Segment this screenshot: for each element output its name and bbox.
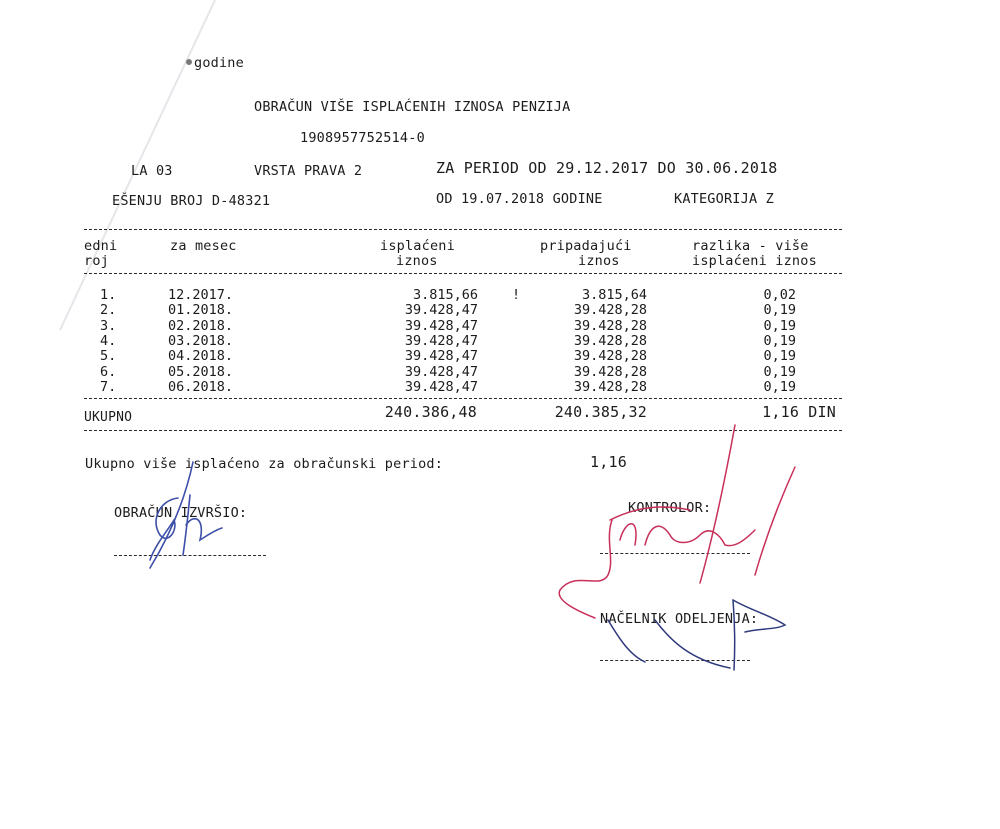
- row-difference: 0,19: [700, 380, 796, 395]
- summary-value: 1,16: [590, 454, 627, 470]
- row-paid-amount: 39.428,47: [330, 349, 478, 364]
- row-number: 4.: [100, 334, 122, 349]
- calculated-by-label: OBRAČUN IZVRŠIO:: [114, 505, 247, 521]
- decision-date: OD 19.07.2018 GODINE: [436, 191, 603, 207]
- col-header-due-2: iznos: [578, 253, 620, 269]
- decision-number: EŠENJU BROJ D-48321: [112, 193, 270, 209]
- col-header-no-2: roj: [84, 253, 109, 269]
- header-line1-left: LA 03: [131, 163, 173, 179]
- col-header-diff-2: isplaćeni iznos: [692, 253, 817, 269]
- department-head-label: NAČELNIK ODELJENJA:: [600, 611, 758, 627]
- header-top-word: godine: [194, 55, 244, 71]
- total-diff: 1,16 DIN: [700, 404, 836, 420]
- summary-label: Ukupno više isplaćeno za obračunski peri…: [85, 456, 443, 472]
- col-header-paid-1: isplaćeni: [380, 238, 455, 254]
- row-difference: 0,19: [700, 365, 796, 380]
- rights-type: VRSTA PRAVA 2: [254, 163, 362, 179]
- row-number: 5.: [100, 349, 122, 364]
- row-month: 01.2018.: [168, 303, 233, 318]
- col-header-no-1: edni: [84, 238, 117, 254]
- row-difference: 0,19: [700, 334, 796, 349]
- row-due-amount: 39.428,28: [500, 349, 647, 364]
- row-month: 06.2018.: [168, 380, 233, 395]
- document-title: OBRAČUN VIŠE ISPLAĆENIH IZNOSA PENZIJA: [254, 99, 570, 115]
- row-due-amount: 39.428,28: [500, 319, 647, 334]
- col-header-due-1: pripadajući: [540, 238, 632, 254]
- divider-top: [84, 229, 842, 230]
- category: KATEGORIJA Z: [674, 191, 774, 207]
- table-row: 3.02.2018.39.428,4739.428,280,19: [0, 319, 1000, 334]
- controller-line: [600, 553, 750, 554]
- table-row: 2.01.2018.39.428,4739.428,280,19: [0, 303, 1000, 318]
- divider-header: [84, 273, 842, 274]
- row-month: 12.2017.: [168, 288, 233, 303]
- row-difference: 0,19: [700, 319, 796, 334]
- row-due-amount: 3.815,64: [500, 288, 647, 303]
- row-number: 1.: [100, 288, 122, 303]
- total-due: 240.385,32: [500, 404, 647, 420]
- row-due-amount: 39.428,28: [500, 365, 647, 380]
- table-row: 6.05.2018.39.428,4739.428,280,19: [0, 365, 1000, 380]
- row-number: 7.: [100, 380, 122, 395]
- row-due-amount: 39.428,28: [500, 303, 647, 318]
- row-due-amount: 39.428,28: [500, 380, 647, 395]
- bullet-mark: [186, 59, 192, 65]
- divider-total-top: [84, 398, 842, 399]
- id-number: 1908957752514-0: [300, 130, 425, 146]
- table-row: 4.03.2018.39.428,4739.428,280,19: [0, 334, 1000, 349]
- row-difference: 0,02: [700, 288, 796, 303]
- row-paid-amount: 3.815,66: [330, 288, 478, 303]
- divider-total-bottom: [84, 430, 842, 431]
- row-due-amount: 39.428,28: [500, 334, 647, 349]
- row-month: 05.2018.: [168, 365, 233, 380]
- row-number: 3.: [100, 319, 122, 334]
- period-range: ZA PERIOD OD 29.12.2017 DO 30.06.2018: [436, 160, 778, 176]
- row-paid-amount: 39.428,47: [330, 303, 478, 318]
- row-number: 6.: [100, 365, 122, 380]
- total-paid: 240.386,48: [330, 404, 477, 420]
- row-paid-amount: 39.428,47: [330, 319, 478, 334]
- col-header-month: za mesec: [170, 238, 237, 254]
- row-paid-amount: 39.428,47: [330, 365, 478, 380]
- row-number: 2.: [100, 303, 122, 318]
- controller-label: KONTROLOR:: [628, 500, 711, 516]
- row-paid-amount: 39.428,47: [330, 334, 478, 349]
- col-header-diff-1: razlika - više: [692, 238, 809, 254]
- department-head-line: [600, 660, 750, 661]
- row-difference: 0,19: [700, 349, 796, 364]
- table-row: 7.06.2018.39.428,4739.428,280,19: [0, 380, 1000, 395]
- table-row: 1.12.2017.3.815,66!3.815,640,02: [0, 288, 1000, 303]
- row-month: 03.2018.: [168, 334, 233, 349]
- total-label: UKUPNO: [84, 410, 132, 426]
- row-paid-amount: 39.428,47: [330, 380, 478, 395]
- col-header-paid-2: iznos: [396, 253, 438, 269]
- row-difference: 0,19: [700, 303, 796, 318]
- calculated-by-line: [114, 555, 266, 556]
- row-month: 04.2018.: [168, 349, 233, 364]
- row-month: 02.2018.: [168, 319, 233, 334]
- table-row: 5.04.2018.39.428,4739.428,280,19: [0, 349, 1000, 364]
